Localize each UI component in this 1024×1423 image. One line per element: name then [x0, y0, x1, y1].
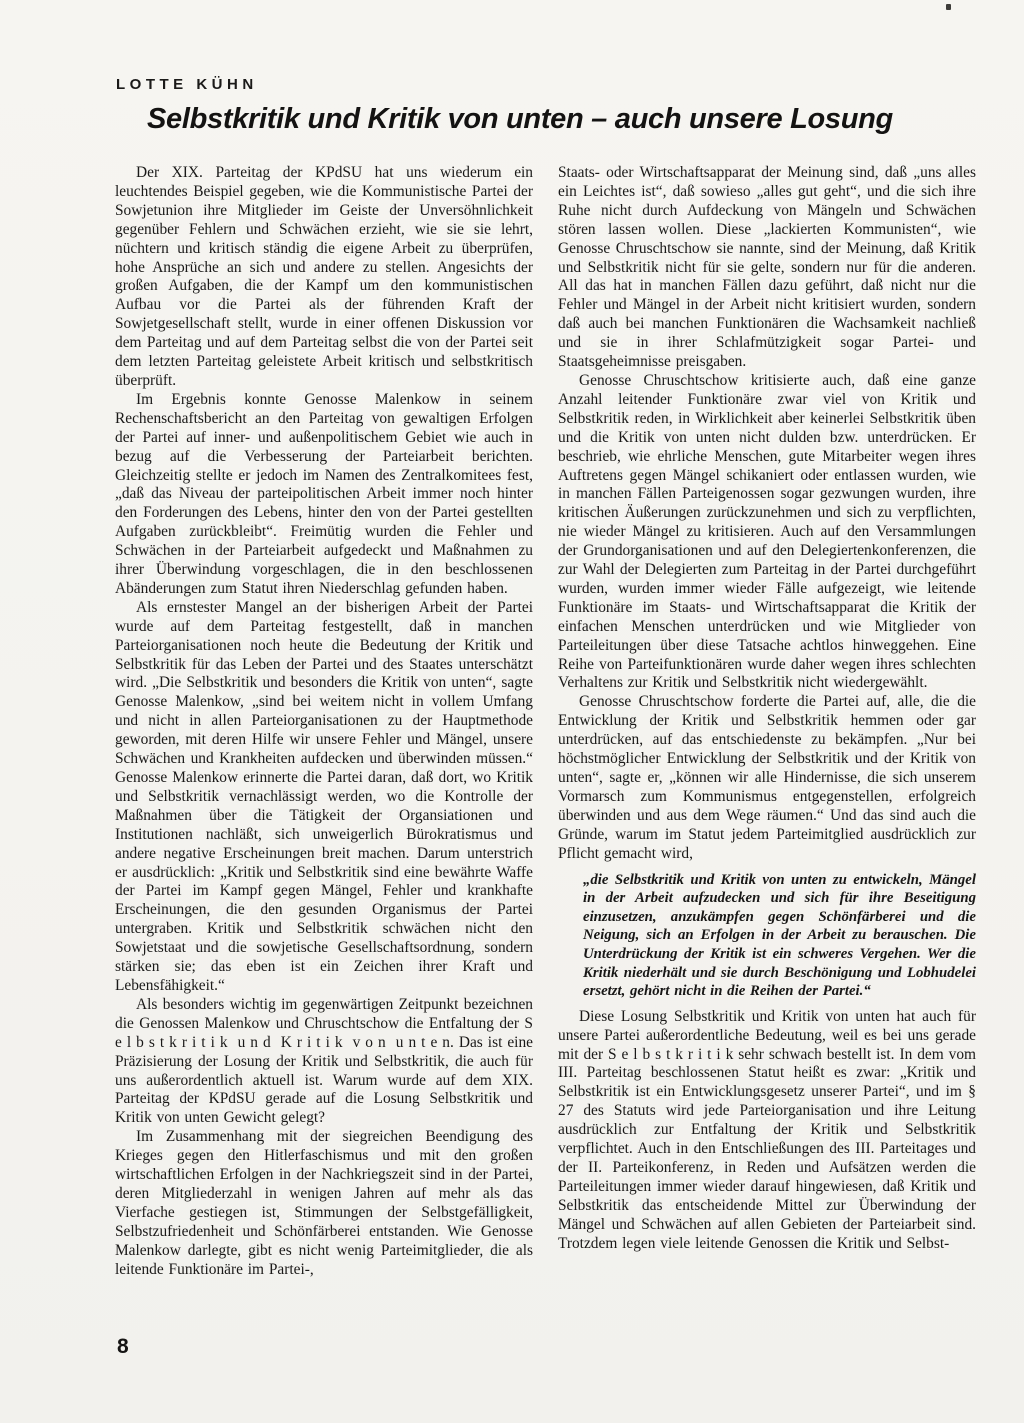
paragraph-right-2: Genosse Chruschtschow kritisierte auch, … [558, 372, 976, 693]
scan-artifact-speck [946, 4, 951, 10]
paragraph-left-5: Im Zusammenhang mit der siegreichen Been… [115, 1128, 533, 1279]
statute-block-quote: „die Selbstkritik und Kritik von unten z… [583, 871, 976, 1001]
paragraph-right-1: Staats- oder Wirtschaftsapparat der Mein… [558, 164, 976, 372]
paragraph-right-3: Genosse Chruschtschow forderte die Parte… [558, 693, 976, 863]
paragraph-left-4: Als besonders wichtig im gegenwärtigen Z… [115, 996, 533, 1128]
right-column: Staats- oder Wirtschaftsapparat der Mein… [558, 164, 976, 1279]
paragraph-left-2: Im Ergebnis konnte Genosse Malenkow in s… [115, 391, 533, 599]
document-page: LOTTE KÜHN Selbstkritik und Kritik von u… [0, 0, 1024, 1423]
paragraph-left-3: Als ernstester Mangel an der bisherigen … [115, 599, 533, 996]
paragraph-left-1: Der XIX. Parteitag der KPdSU hat uns wie… [115, 164, 533, 391]
paragraph-right-4: Diese Losung Selbstkritik und Kritik von… [558, 1008, 976, 1254]
article-body: Der XIX. Parteitag der KPdSU hat uns wie… [115, 164, 977, 1279]
left-column: Der XIX. Parteitag der KPdSU hat uns wie… [115, 164, 533, 1279]
page-number: 8 [117, 1335, 129, 1359]
article-title: Selbstkritik und Kritik von unten – auch… [147, 103, 893, 136]
author-name: LOTTE KÜHN [116, 76, 258, 93]
